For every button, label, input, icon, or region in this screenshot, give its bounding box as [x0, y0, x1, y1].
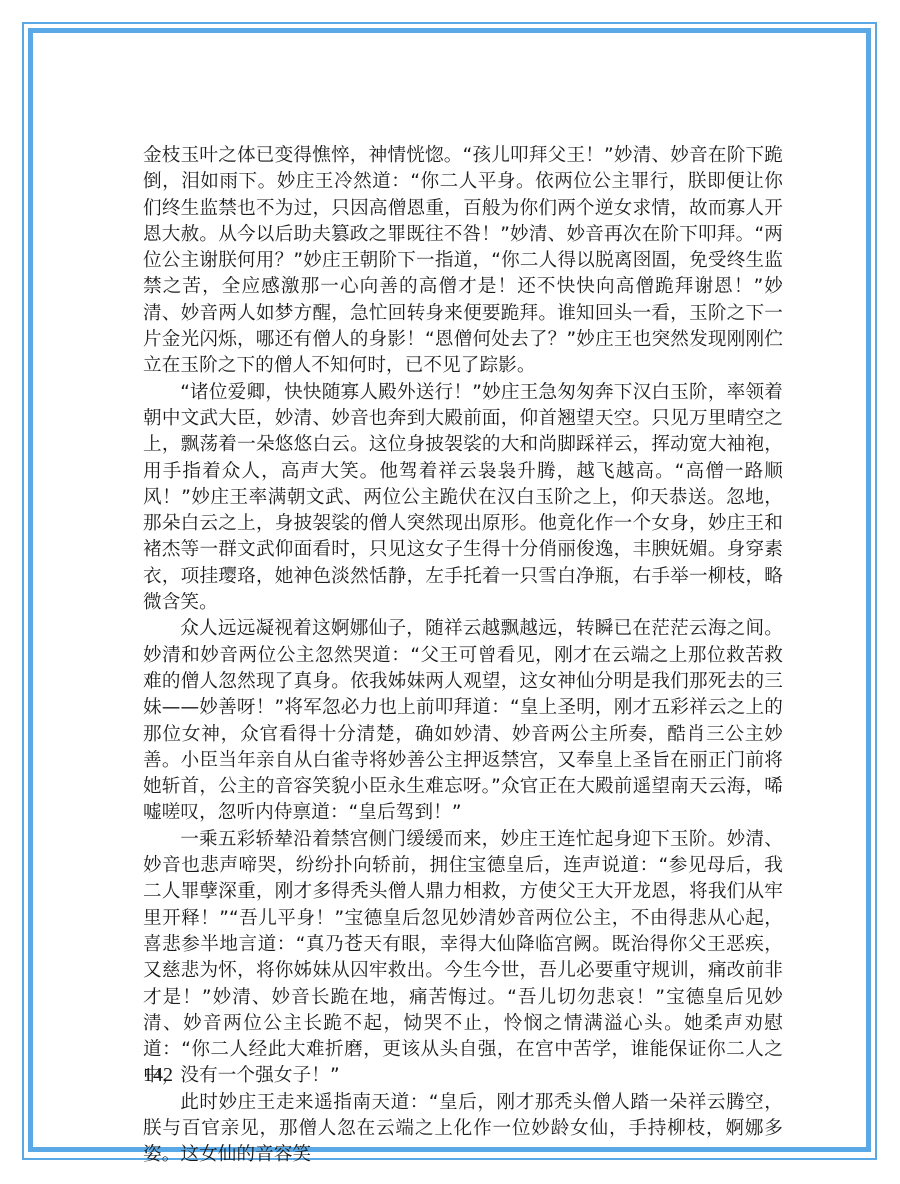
paragraph: “诸位爱卿，快快随寡人殿外送行！”妙庄王急匆匆奔下汉白玉阶，率领着朝中文武大臣，…	[143, 380, 783, 617]
page-number: 142	[143, 1064, 173, 1087]
book-page-body: 金枝玉叶之体已变得憔悴，神情恍惚。“孩儿叩拜父王！”妙清、妙音在阶下跪倒，泪如雨…	[143, 143, 783, 1169]
paragraph: 此时妙庄王走来遥指南天道：“皇后，刚才那秃头僧人踏一朵祥云腾空，朕与百官亲见，那…	[143, 1090, 783, 1169]
paragraph: 众人远远凝视着这婀娜仙子，随祥云越飘越远，转瞬已在茫茫云海之间。妙清和妙音两位公…	[143, 616, 783, 826]
paragraph-continued: 金枝玉叶之体已变得憔悴，神情恍惚。“孩儿叩拜父王！”妙清、妙音在阶下跪倒，泪如雨…	[143, 143, 783, 380]
paragraph: 一乘五彩轿辇沿着禁宫侧门缓缓而来，妙庄王连忙起身迎下玉阶。妙清、妙音也悲声啼哭，…	[143, 827, 783, 1090]
